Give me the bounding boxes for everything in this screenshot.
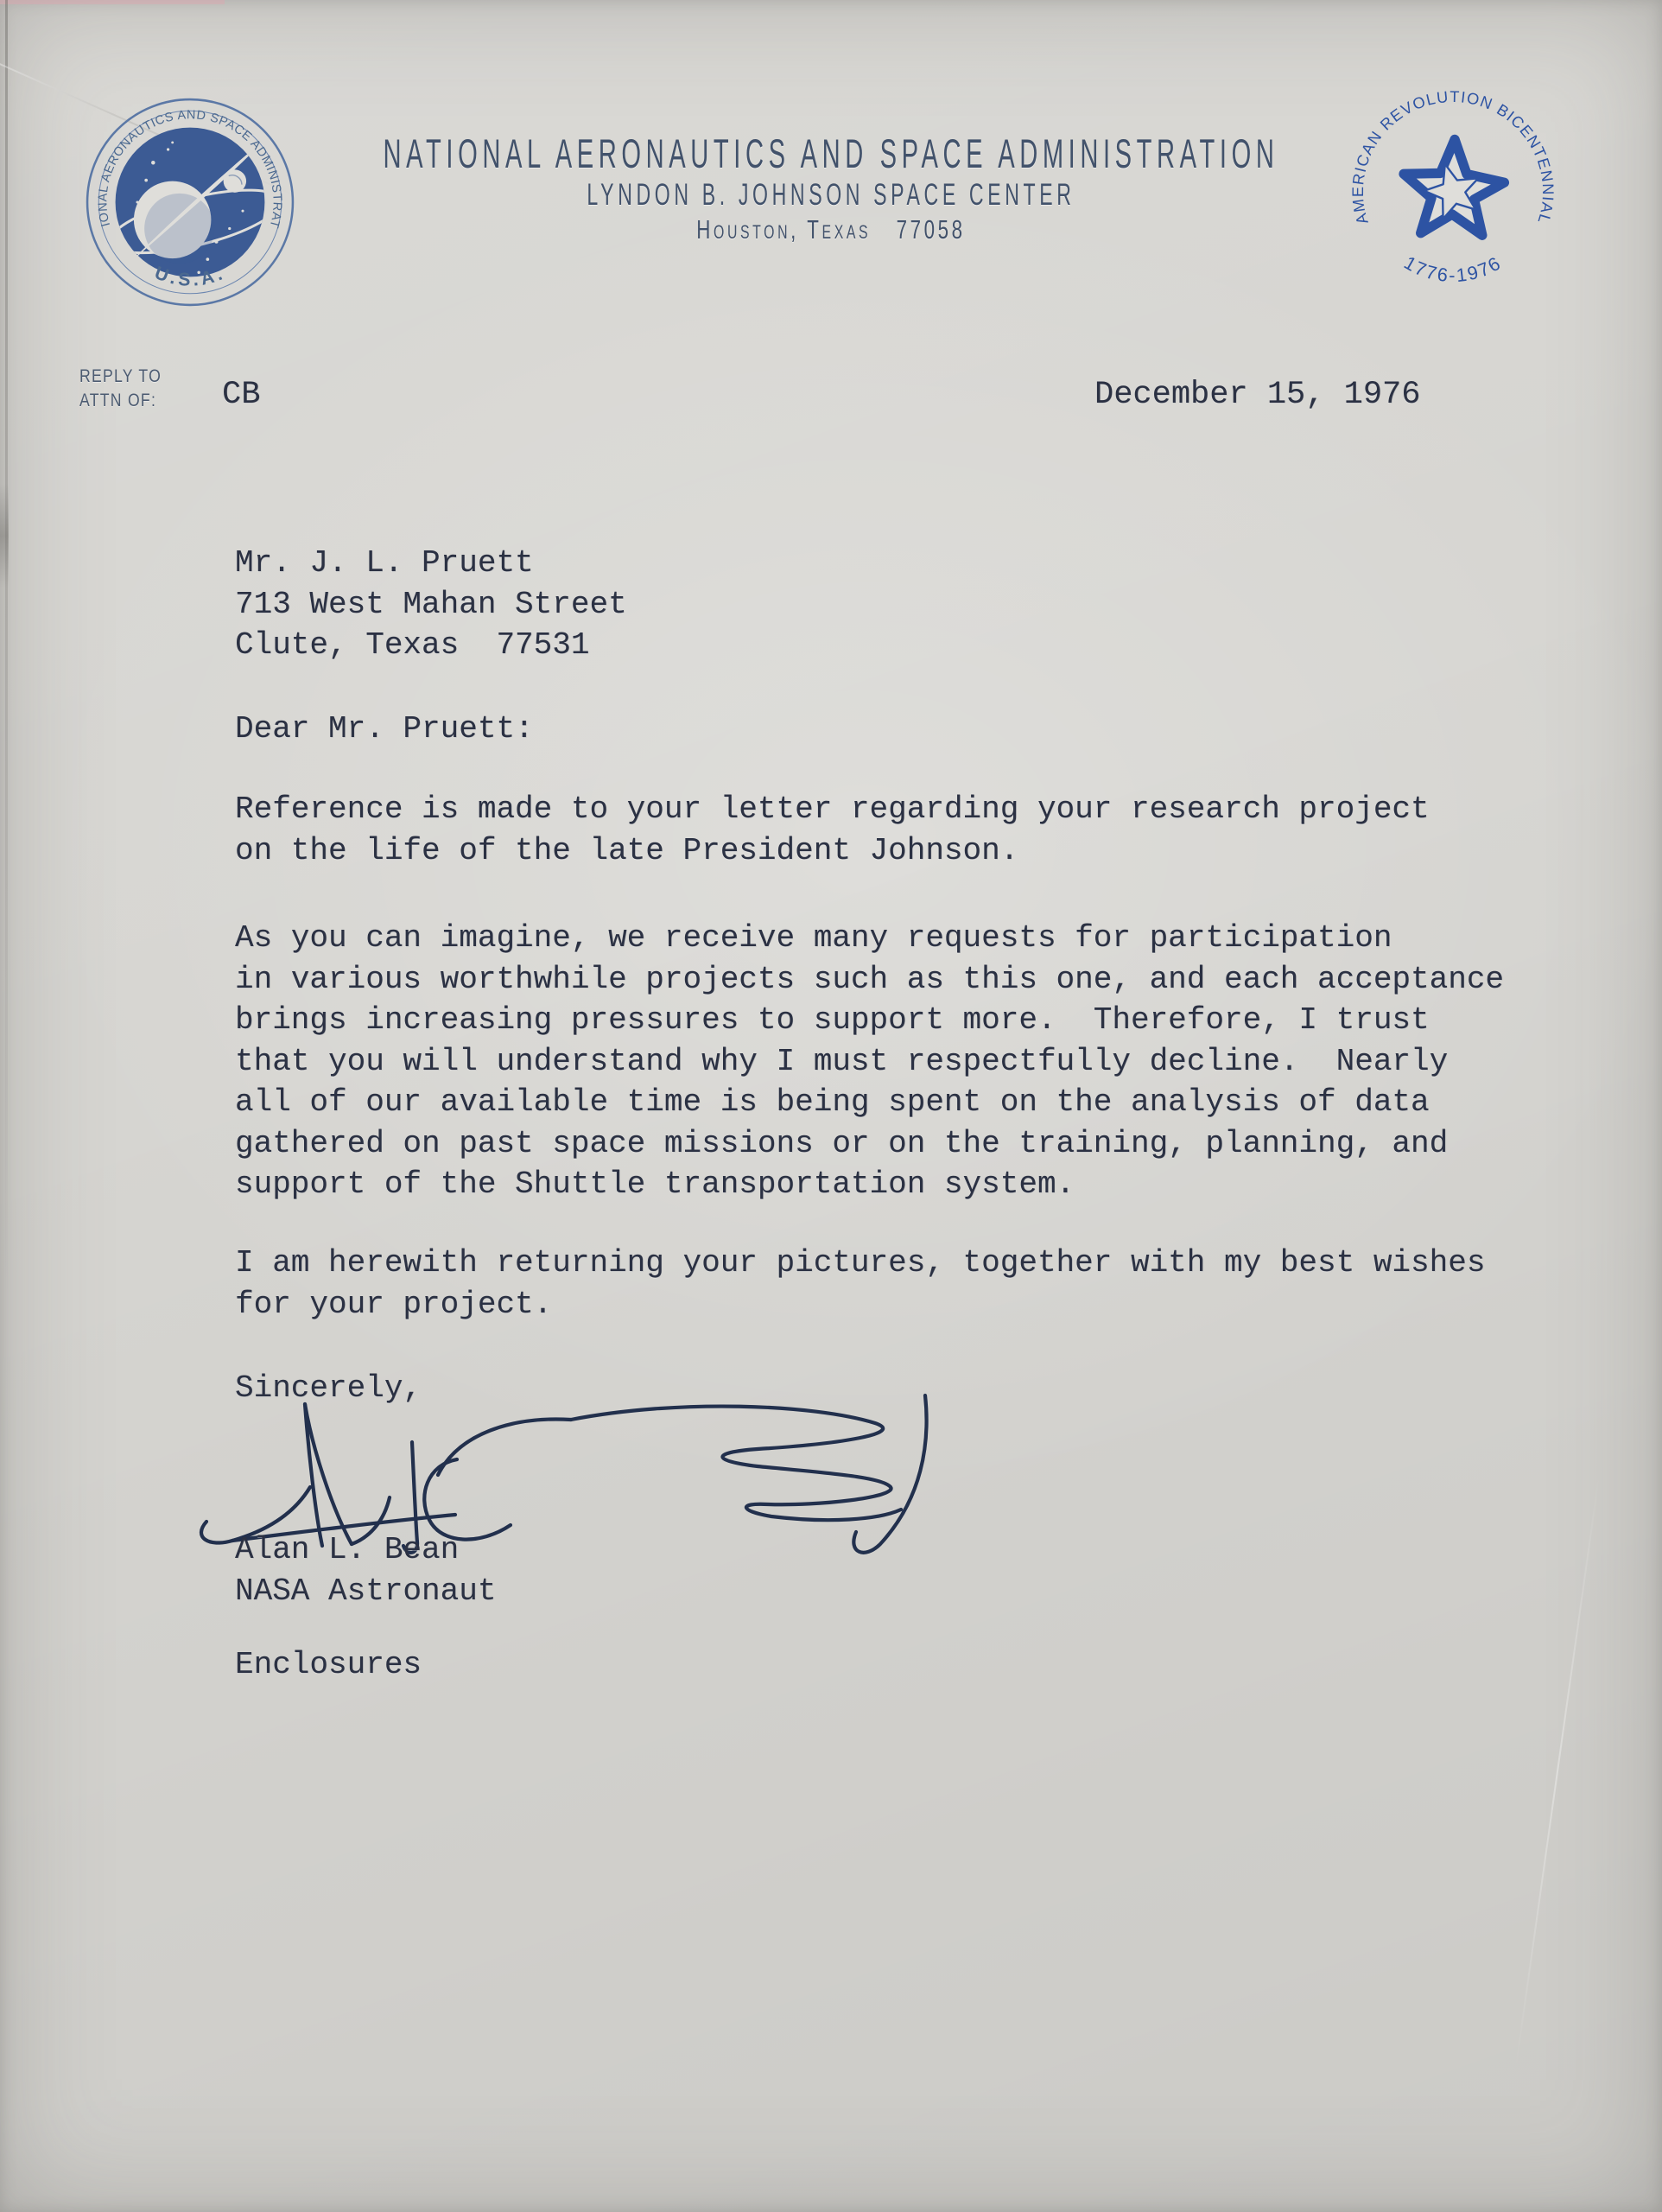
paper-crease: [5, 0, 8, 1296]
paragraph-2: As you can imagine, we receive many requ…: [235, 918, 1504, 1205]
reply-attn-label: REPLY TO ATTN OF:: [79, 365, 162, 413]
signer-title: NASA Astronaut: [235, 1571, 496, 1612]
recipient-address: Mr. J. L. Pruett 713 West Mahan Street C…: [235, 543, 627, 666]
letter-page: NATIONAL AERONAUTICS AND SPACE ADMINISTR…: [0, 0, 1662, 2212]
paper-edge-tint: [0, 0, 225, 4]
paper-crease: [0, 484, 9, 588]
recipient-line: Clute, Texas 77531: [235, 625, 627, 666]
body-line: gathered on past space missions or on th…: [235, 1123, 1504, 1165]
letterhead-location: Houston, Texas 77058: [232, 214, 1429, 245]
body-line: brings increasing pressures to support m…: [235, 1000, 1504, 1041]
body-line: in various worthwhile projects such as t…: [235, 959, 1504, 1001]
body-line: on the life of the late President Johnso…: [235, 830, 1430, 872]
recipient-line: 713 West Mahan Street: [235, 584, 627, 626]
enclosures-note: Enclosures: [235, 1644, 422, 1686]
signer-name: Alan L. Bean: [235, 1529, 496, 1571]
body-line: support of the Shuttle transportation sy…: [235, 1164, 1504, 1205]
body-line: for your project.: [235, 1284, 1485, 1325]
letterhead-center: LYNDON B. JOHNSON SPACE CENTER: [282, 178, 1380, 213]
reply-label-line: REPLY TO: [79, 365, 162, 389]
body-line: I am herewith returning your pictures, t…: [235, 1243, 1485, 1284]
paper-crease: [1514, 1471, 1600, 2070]
date-line: December 15, 1976: [1094, 377, 1420, 413]
paragraph-1: Reference is made to your letter regardi…: [235, 789, 1430, 871]
body-line: all of our available time is being spent…: [235, 1082, 1504, 1123]
letterhead-agency: NATIONAL AERONAUTICS AND SPACE ADMINISTR…: [316, 130, 1347, 177]
nasa-seal-icon: NATIONAL AERONAUTICS AND SPACE ADMINISTR…: [85, 97, 295, 308]
body-line: As you can imagine, we receive many requ…: [235, 918, 1504, 959]
reply-code: CB: [222, 377, 260, 413]
bicentennial-years-text: 1776-1976: [1400, 251, 1506, 286]
enclosures-line: Enclosures: [235, 1644, 422, 1686]
reply-label-line: ATTN OF:: [79, 389, 162, 413]
body-line: Reference is made to your letter regardi…: [235, 789, 1430, 830]
svg-text:1776-1976: 1776-1976: [1400, 251, 1506, 286]
signer-block: Alan L. Bean NASA Astronaut: [235, 1529, 496, 1611]
salutation: Dear Mr. Pruett:: [235, 709, 534, 750]
recipient-line: Mr. J. L. Pruett: [235, 543, 627, 584]
body-line: that you will understand why I must resp…: [235, 1041, 1504, 1083]
paragraph-3: I am herewith returning your pictures, t…: [235, 1243, 1485, 1325]
salutation-line: Dear Mr. Pruett:: [235, 709, 534, 750]
